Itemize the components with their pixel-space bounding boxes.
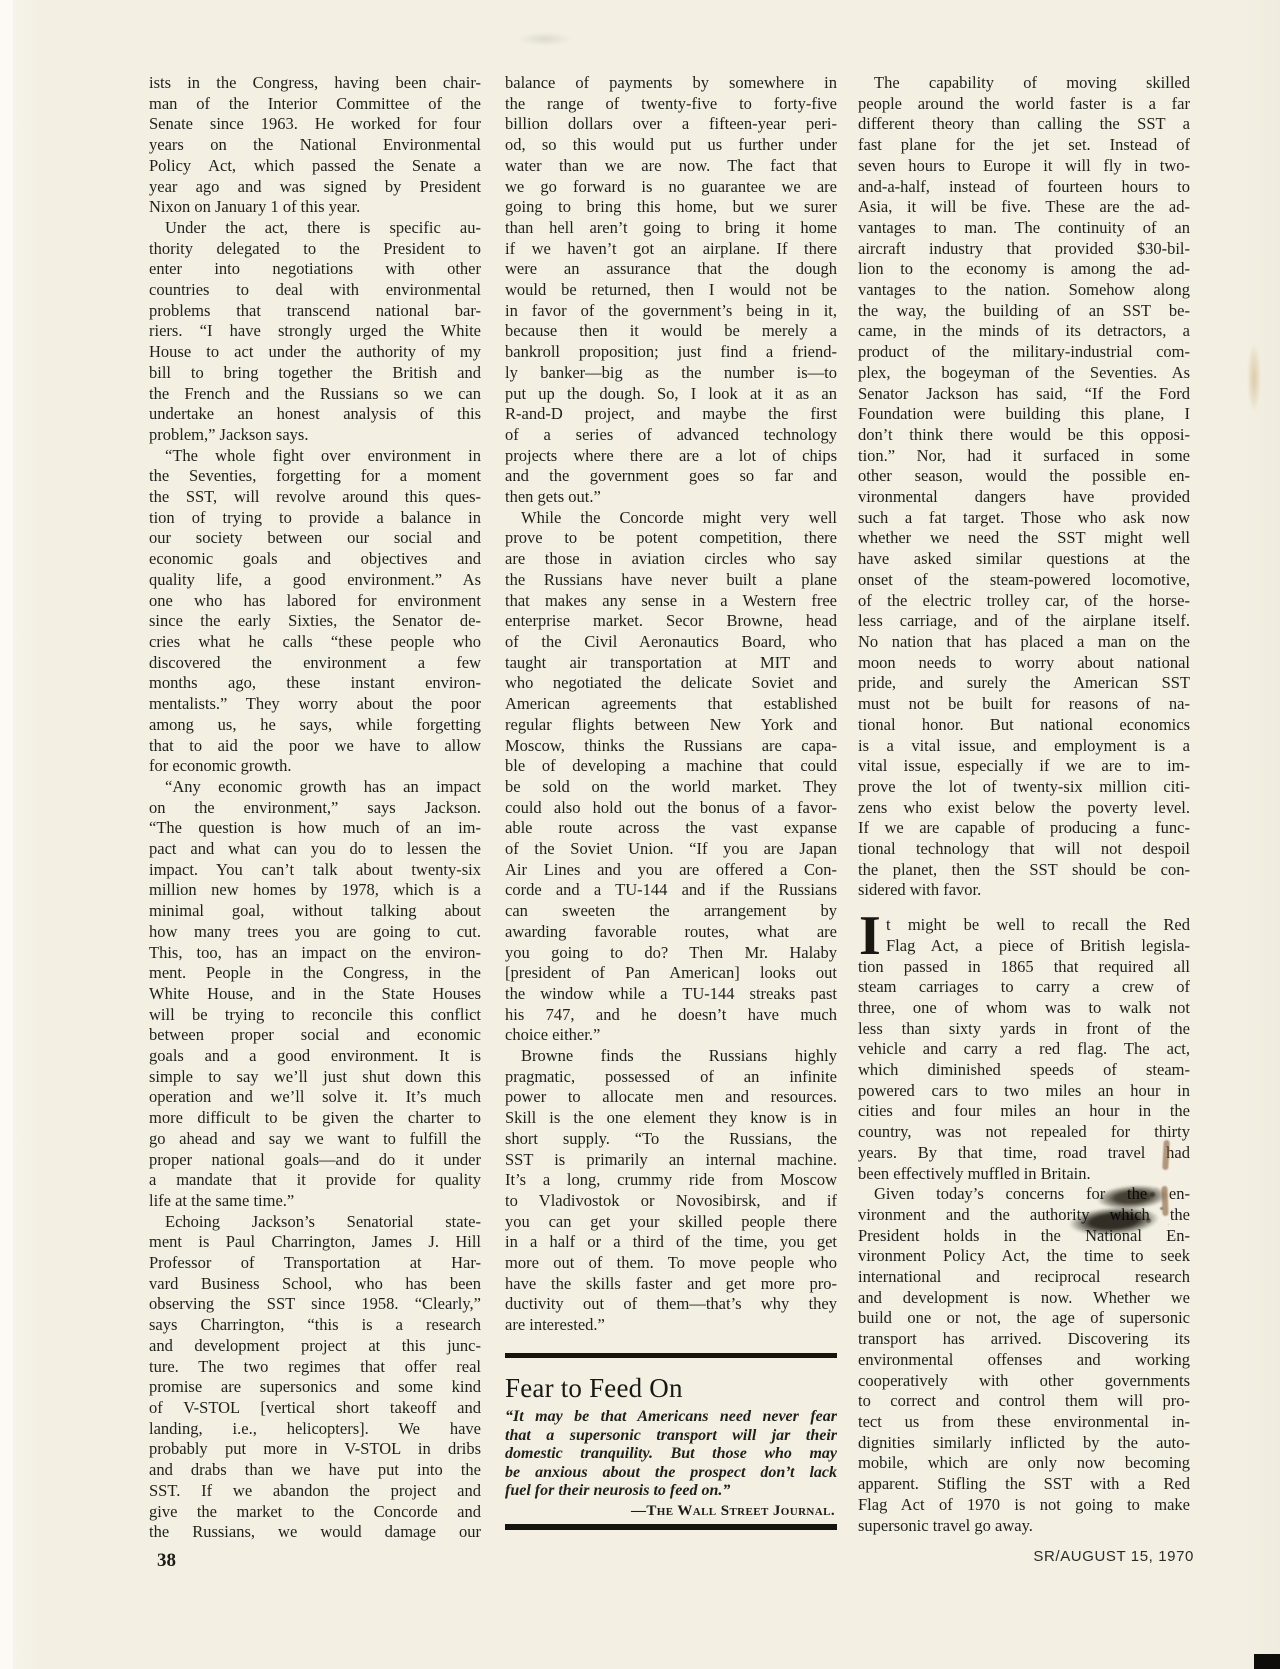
text-line: the SST, will revolve around this ques- [149, 487, 481, 508]
text-line: be sold on the world market. They [505, 777, 837, 798]
text-line: Professor of Transportation at Har- [149, 1253, 481, 1274]
text-line: vital issue, especially if we are to im- [858, 756, 1190, 777]
text-line: pact and what can you do to lessen the [149, 839, 481, 860]
text-line: apparent. Stifling the SST with a Red [858, 1474, 1190, 1495]
text-line: would be returned, then I would not be [505, 280, 837, 301]
text-line: pragmatic, possessed of an infinite [505, 1067, 837, 1088]
pull-quote-text: “It may be that Americans need never fea… [505, 1408, 837, 1501]
text-line: billion dollars over a fifteen-year peri… [505, 114, 837, 135]
text-line: Policy Act, which passed the Senate a [149, 156, 481, 177]
box-top-rule [505, 1353, 837, 1358]
scan-corner-mark [1254, 1654, 1280, 1669]
text-line: corde and a TU-144 and if the Russians [505, 880, 837, 901]
text-line: economic goals and objectives and [149, 549, 481, 570]
text-line: one who has labored for environment [149, 591, 481, 612]
text-line: fuel for their neurosis to feed on.” [505, 1482, 837, 1501]
text-line: then gets out.” [505, 487, 837, 508]
text-line: his 747, and he doesn’t have much [505, 1005, 837, 1026]
text-line: that to aid the poor we have to allow [149, 736, 481, 757]
text-line: While the Concorde might very well [505, 508, 837, 529]
column-right: The capability of moving skilledpeople a… [858, 73, 1190, 1536]
text-line: how many trees you are going to cut. [149, 922, 481, 943]
text-line: Senate since 1963. He worked for four [149, 114, 481, 135]
text-line: the Russians, we would damage our [149, 1522, 481, 1543]
text-line: year ago and was signed by President [149, 177, 481, 198]
text-line: vard Business School, who has been [149, 1274, 481, 1295]
text-line: Echoing Jackson’s Senatorial state- [149, 1212, 481, 1233]
text-line: choice either.” [505, 1025, 837, 1046]
text-line: “The question is how much of an im- [149, 818, 481, 839]
text-line: vehicle and carry a red flag. The act, [858, 1039, 1190, 1060]
text-line: years on the National Environmental [149, 135, 481, 156]
text-line: goals and a good environment. It is [149, 1046, 481, 1067]
text-line: cooperatively with other governments [858, 1371, 1190, 1392]
text-line: since the early Sixties, the Senator de- [149, 611, 481, 632]
text-line: because then it would be merely a [505, 321, 837, 342]
text-line: on the environment,” says Jackson. [149, 798, 481, 819]
text-line: million new homes by 1978, which is a [149, 880, 481, 901]
text-line: life at the same time.” [149, 1191, 481, 1212]
text-line: landing, i.e., helicopters]. We have [149, 1419, 481, 1440]
pull-quote-title: Fear to Feed On [505, 1374, 837, 1402]
text-line: if we haven’t got an airplane. If there [505, 239, 837, 260]
text-line: country, was not repealed for thirty [858, 1122, 1190, 1143]
text-line: could also hold out the bonus of a favor… [505, 798, 837, 819]
text-line: operation and we’ll solve it. It’s much [149, 1087, 481, 1108]
margin-mark [1161, 1186, 1168, 1216]
text-line: aircraft industry that provided $30-bil- [858, 239, 1190, 260]
text-line: ment is Paul Charrington, James J. Hill [149, 1232, 481, 1253]
pull-quote-box: Fear to Feed On “It may be that American… [505, 1353, 837, 1520]
paragraph: Under the act, there is specific au-thor… [149, 218, 481, 446]
text-line: and development is now. Whether we [858, 1288, 1190, 1309]
text-line: build one or not, the age of supersonic [858, 1308, 1190, 1329]
text-line: years. By that time, road travel had [858, 1143, 1190, 1164]
text-line: Flag Act, a piece of British legisla- [858, 936, 1190, 957]
text-line: the Seventies, forgetting for a moment [149, 466, 481, 487]
text-line: balance of payments by somewhere in [505, 73, 837, 94]
text-line: environmental offenses and working [858, 1350, 1190, 1371]
text-line: simple to say we’ll just shut down this [149, 1067, 481, 1088]
text-line: the French and the Russians so we can [149, 384, 481, 405]
ink-speckles [1150, 1192, 1155, 1197]
text-line: tect us from these environmental in- [858, 1412, 1190, 1433]
text-line: less than sixty yards in front of the [858, 1019, 1190, 1040]
paragraph: Given today’s concerns for the en-vironm… [858, 1184, 1190, 1536]
text-line: thority delegated to the President to [149, 239, 481, 260]
text-line: dignities similarly inflicted by the aut… [858, 1433, 1190, 1454]
text-line: mobile, which are only now becoming [858, 1453, 1190, 1474]
page-number: 38 [157, 1550, 176, 1572]
text-line: quality life, a good environment.” As [149, 570, 481, 591]
paragraph: Echoing Jackson’s Senatorial state-ment … [149, 1212, 481, 1543]
text-line: Flag Act of 1970 is not going to make [858, 1495, 1190, 1516]
paragraph: “The whole fight over environment inthe … [149, 446, 481, 777]
text-line: the Russians have never built a plane [505, 570, 837, 591]
text-line: Under the act, there is specific au- [149, 218, 481, 239]
text-line: of V-STOL [vertical short takeoff and [149, 1398, 481, 1419]
text-line: steam carriages to carry a crew of [858, 977, 1190, 998]
text-line: able route across the vast expanse [505, 818, 837, 839]
text-line: be anxious about the prospect don’t lack [505, 1464, 837, 1483]
paragraph: Browne finds the Russians highlypragmati… [505, 1046, 837, 1336]
paragraph: It might be well to recall the RedFlag A… [858, 915, 1190, 1184]
text-line: in favor of the government’s being in it… [505, 301, 837, 322]
text-line: and development project at this junc- [149, 1336, 481, 1357]
text-line: problem,” Jackson says. [149, 425, 481, 446]
text-line: ble of developing a machine that could [505, 756, 837, 777]
text-line: the range of twenty-five to forty-five [505, 94, 837, 115]
text-line: bill to bring together the British and [149, 363, 481, 384]
text-line: undertake an honest analysis of this [149, 404, 481, 425]
text-line: vantages to man. The continuity of an [858, 218, 1190, 239]
column-middle: balance of payments by somewhere inthe r… [505, 73, 837, 1336]
text-line: sidered with favor. [858, 880, 1190, 901]
paper-stain [1246, 335, 1262, 421]
text-line: discovered the environment a few [149, 653, 481, 674]
text-line: go ahead and say we want to fulfill the [149, 1129, 481, 1150]
text-line: regular flights between New York and [505, 715, 837, 736]
text-line: “Any economic growth has an impact [149, 777, 481, 798]
text-line: cities and four miles an hour in the [858, 1101, 1190, 1122]
text-line: projects where there are a lot of chips [505, 446, 837, 467]
text-line: water than we are now. The fact that [505, 156, 837, 177]
text-line: domestic tranquility. But those who may [505, 1445, 837, 1464]
text-line: Foundation were building this plane, I [858, 404, 1190, 425]
text-line: tion of trying to provide a balance in [149, 508, 481, 529]
text-line: seven hours to Europe it will fly in two… [858, 156, 1190, 177]
text-line: give the market to the Concorde and [149, 1502, 481, 1523]
text-line: House to act under the authority of my [149, 342, 481, 363]
text-line: are those in aviation circles who say [505, 549, 837, 570]
text-line: [president of Pan American] looks out [505, 963, 837, 984]
text-line: plex, the bogeyman of the Seventies. As [858, 363, 1190, 384]
paragraph: balance of payments by somewhere inthe r… [505, 73, 837, 508]
text-line: in a half or a third of the time, you ge… [505, 1232, 837, 1253]
text-line: and drabs than we have put into the [149, 1460, 481, 1481]
text-line: taught air transportation at MIT and [505, 653, 837, 674]
text-line: No nation that has placed a man on the [858, 632, 1190, 653]
text-line: which diminished speeds of steam- [858, 1060, 1190, 1081]
text-line: tional technology that will not despoil [858, 839, 1190, 860]
text-line: Nixon on January 1 of this year. [149, 197, 481, 218]
text-line: and-a-half, instead of fourteen hours to [858, 177, 1190, 198]
text-line: man of the Interior Committee of the [149, 94, 481, 115]
text-line: observing the SST since 1958. “Clearly,” [149, 1294, 481, 1315]
text-line: tion passed in 1865 that required all [858, 957, 1190, 978]
text-line: people around the world faster is a far [858, 94, 1190, 115]
text-line: impact. You can’t talk about twenty-six [149, 860, 481, 881]
text-line: powered cars to two miles an hour in [858, 1081, 1190, 1102]
text-line: to correct and control them will pro- [858, 1391, 1190, 1412]
pull-quote-attribution: —The Wall Street Journal. [505, 1503, 837, 1520]
text-line: short supply. “To the Russians, the [505, 1129, 837, 1150]
text-line: ture. The two regimes that offer real [149, 1357, 481, 1378]
text-line: American agreements that established [505, 694, 837, 715]
paragraph: ists in the Congress, having been chair-… [149, 73, 481, 218]
box-bottom-rule [505, 1524, 837, 1530]
text-line: cries what he calls “these people who [149, 632, 481, 653]
text-line: prove to be potent competition, there [505, 528, 837, 549]
text-line: onset of the steam-powered locomotive, [858, 570, 1190, 591]
text-line: ists in the Congress, having been chair- [149, 73, 481, 94]
text-line: The capability of moving skilled [858, 73, 1190, 94]
text-line: This, too, has an impact on the environ- [149, 943, 481, 964]
text-line: vantages to the nation. Somehow along [858, 280, 1190, 301]
text-line: transport has arrived. Discovering its [858, 1329, 1190, 1350]
drop-cap: I [859, 916, 881, 957]
text-line: Moscow, thinks the Russians are capa- [505, 736, 837, 757]
text-line: mentalists.” They worry about the poor [149, 694, 481, 715]
text-line: of the electric trolley car, of the hors… [858, 591, 1190, 612]
text-line: moon needs to worry about national [858, 653, 1190, 674]
text-line: among us, he says, while forgetting [149, 715, 481, 736]
text-line: proper national goals—and do it under [149, 1150, 481, 1171]
text-line: to Vladivostok or Novosibirsk, and if [505, 1191, 837, 1212]
text-line: If we are capable of producing a func- [858, 818, 1190, 839]
text-line: enter into negotiations with other [149, 259, 481, 280]
text-line: fast plane for the jet set. Instead of [858, 135, 1190, 156]
text-line: power to allocate men and resources. [505, 1087, 837, 1108]
text-line: ment. People in the Congress, in the [149, 963, 481, 984]
text-line: we go forward is no guarantee we are [505, 177, 837, 198]
text-line: product of the military-industrial com- [858, 342, 1190, 363]
text-line: between proper social and economic [149, 1025, 481, 1046]
text-line: you can get your skilled people there [505, 1212, 837, 1233]
text-line: riers. “I have strongly urged the White [149, 321, 481, 342]
text-line: can sweeten the arrangement by [505, 901, 837, 922]
text-line: Senator Jackson has said, “If the Ford [858, 384, 1190, 405]
text-line: and the government goes so far and [505, 466, 837, 487]
text-line: pride, and surely the American SST [858, 673, 1190, 694]
text-line: SST. If we abandon the project and [149, 1481, 481, 1502]
text-line: different theory than calling the SST a [858, 114, 1190, 135]
text-line: od, so this would put us further under [505, 135, 837, 156]
text-line: came, in the minds of its detractors, a [858, 321, 1190, 342]
text-line: of the Soviet Union. “If you are Japan [505, 839, 837, 860]
paragraph: “Any economic growth has an impacton the… [149, 777, 481, 1212]
text-line: of a series of advanced technology [505, 425, 837, 446]
text-line: bankroll proposition; just find a friend… [505, 342, 837, 363]
text-line: will be trying to reconcile this conflic… [149, 1005, 481, 1026]
text-line: SST is primarily an internal machine. [505, 1150, 837, 1171]
text-line: Asia, it will be five. These are the ad- [858, 197, 1190, 218]
text-line: awarding favorable routes, what are [505, 922, 837, 943]
text-line: must not be built for reasons of na- [858, 694, 1190, 715]
text-line: It’s a long, crummy ride from Moscow [505, 1170, 837, 1191]
text-line: is a vital issue, and employment is a [858, 736, 1190, 757]
text-line: going to bring this home, but we surer [505, 197, 837, 218]
text-line: who negotiated the delicate Soviet and [505, 673, 837, 694]
text-line: Air Lines and you are offered a Con- [505, 860, 837, 881]
text-line: a mandate that it provide for quality [149, 1170, 481, 1191]
text-line: more out of them. To move people who [505, 1253, 837, 1274]
text-line: of the Civil Aeronautics Board, who [505, 632, 837, 653]
text-line: countries to deal with environmental [149, 280, 481, 301]
scan-smudge-faint [505, 26, 585, 52]
text-line: months ago, these instant environ- [149, 673, 481, 694]
text-line: ductivity out of them—that’s why they [505, 1294, 837, 1315]
text-line: ly banker—big as the number is—to [505, 363, 837, 384]
text-line: such a fat target. Those who ask now [858, 508, 1190, 529]
text-line: minimal goal, without talking about [149, 901, 481, 922]
magazine-page: ists in the Congress, having been chair-… [0, 0, 1280, 1669]
text-line: “It may be that Americans need never fea… [505, 1408, 837, 1427]
text-line: have asked similar questions at the [858, 549, 1190, 570]
text-line: tional honor. But national economics [858, 715, 1190, 736]
text-line: more difficult to be given the charter t… [149, 1108, 481, 1129]
text-line: don’t think there would be this opposi- [858, 425, 1190, 446]
text-line: supersonic travel go away. [858, 1516, 1190, 1537]
text-line: vironmental dangers have provided [858, 487, 1190, 508]
text-line: zens who exist below the poverty level. [858, 798, 1190, 819]
text-line: problems that transcend national bar- [149, 301, 481, 322]
text-line: than hell aren’t going to bring it home [505, 218, 837, 239]
text-line: t might be well to recall the Red [858, 915, 1190, 936]
text-line: tion.” Nor, had it surfaced in some [858, 446, 1190, 467]
text-line: the way, the building of an SST be- [858, 301, 1190, 322]
text-line: put up the dough. So, I look at it as an [505, 384, 837, 405]
paragraph: The capability of moving skilledpeople a… [858, 73, 1190, 901]
text-line: that makes any sense in a Western free [505, 591, 837, 612]
text-line: international and reciprocal research [858, 1267, 1190, 1288]
text-line: says Charrington, “this is a research [149, 1315, 481, 1336]
text-line: whether we need the SST might well [858, 528, 1190, 549]
text-line: were an assurance that the dough [505, 259, 837, 280]
text-line: that a supersonic transport will jar the… [505, 1427, 837, 1446]
text-line: prove the lot of twenty-six million citi… [858, 777, 1190, 798]
text-line: for economic growth. [149, 756, 481, 777]
text-line: less carriage, and of the airplane itsel… [858, 611, 1190, 632]
text-line: the window while a TU-144 streaks past [505, 984, 837, 1005]
issue-date: SR/AUGUST 15, 1970 [1033, 1548, 1194, 1565]
text-line: three, one of whom was to walk not [858, 998, 1190, 1019]
text-line: enterprise market. Secor Browne, head [505, 611, 837, 632]
text-line: R-and-D project, and maybe the first [505, 404, 837, 425]
scan-edge-strip [0, 0, 13, 1669]
text-line: lion to the economy is among the ad- [858, 259, 1190, 280]
text-line: the planet, then the SST should be con- [858, 860, 1190, 881]
text-line: other season, would the possible en- [858, 466, 1190, 487]
paragraph: While the Concorde might very wellprove … [505, 508, 837, 1046]
text-line: our society between our social and [149, 528, 481, 549]
text-line: Browne finds the Russians highly [505, 1046, 837, 1067]
text-line: are interested.” [505, 1315, 837, 1336]
text-line: have the skills faster and get more pro- [505, 1274, 837, 1295]
text-line: Skill is the one element they know is in [505, 1108, 837, 1129]
text-line: White House, and in the State Houses [149, 984, 481, 1005]
text-line: “The whole fight over environment in [149, 446, 481, 467]
column-left: ists in the Congress, having been chair-… [149, 73, 481, 1543]
text-line: probably put more in V-STOL in dribs [149, 1439, 481, 1460]
text-line: you going to do? Then Mr. Halaby [505, 943, 837, 964]
text-line: promise are supersonics and some kind [149, 1377, 481, 1398]
text-line: vironment Policy Act, the time to seek [858, 1246, 1190, 1267]
